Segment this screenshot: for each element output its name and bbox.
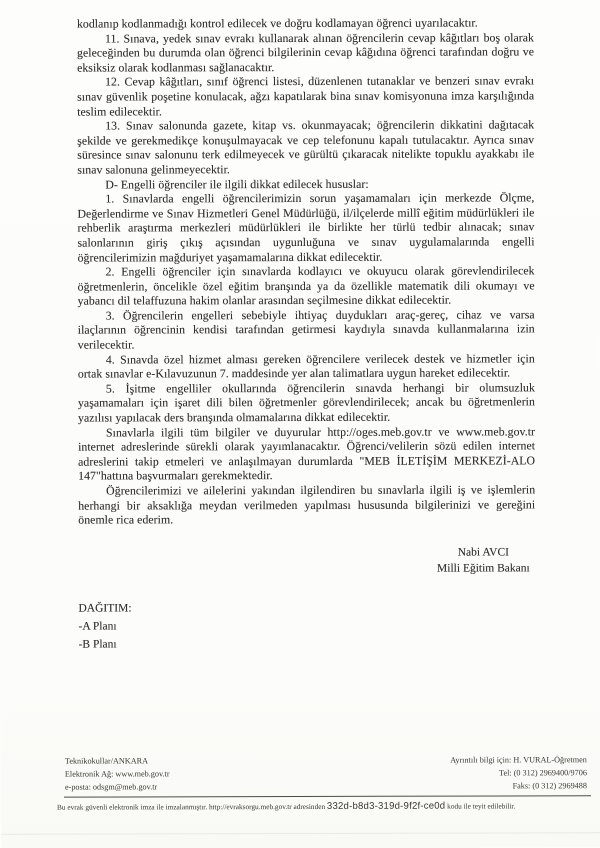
body-paragraph: kodlanıp kodlanmadığı kontrol edilecek v… bbox=[77, 15, 534, 31]
body-paragraph: 3. Öğrencilerin engelleri sebebiyle ihti… bbox=[78, 307, 535, 352]
footer-divider bbox=[64, 795, 591, 797]
body-paragraph: 5. İşitme engelliler okullarında öğrenci… bbox=[78, 380, 535, 425]
signatory-title: Milli Eğitim Bakanı bbox=[408, 561, 558, 577]
footer-phone: Tel: (0 312) 2969400/9706 bbox=[450, 766, 587, 779]
footer-contact-left: Teknikokullar/ANKARA Elektronik Ağ: www.… bbox=[65, 754, 170, 793]
signatory-name: Nabi AVCI bbox=[408, 545, 558, 561]
body-paragraph: 11. Sınava, yedek sınav evrakı kullanara… bbox=[77, 30, 534, 75]
section-d-heading: D- Engelli öğrenciler ile ilgili dikkat … bbox=[77, 176, 534, 192]
footer-contact-person: Ayrıntılı bilgi için: H. VURAL-Öğretmen bbox=[450, 753, 587, 766]
footer-contact-right: Ayrıntılı bilgi için: H. VURAL-Öğretmen … bbox=[450, 753, 587, 792]
scan-edge-artifact bbox=[1, 832, 600, 835]
distribution-block: DAĞITIM: -A Planı -B Planı bbox=[78, 599, 131, 653]
body-paragraph: 12. Cevap kâğıtları, sınıf öğrenci liste… bbox=[77, 74, 534, 119]
footer-email: e-posta: odsgm@meb.gov.tr bbox=[65, 780, 170, 793]
body-paragraph: 1. Sınavlarda engelli öğrencilerimizin s… bbox=[77, 191, 534, 265]
document-body: kodlanıp kodlanmadığı kontrol edilecek v… bbox=[77, 15, 535, 527]
closing-paragraph: Öğrencilerimizi ve ailelerini yakından i… bbox=[78, 482, 535, 527]
letter-footer: Teknikokullar/ANKARA Elektronik Ağ: www.… bbox=[65, 753, 587, 793]
e-signature-verification-line: Bu evrak güvenli elektronik imza ile imz… bbox=[57, 800, 593, 813]
distribution-item: -A Planı bbox=[79, 617, 132, 635]
footer-address: Teknikokullar/ANKARA bbox=[65, 754, 170, 767]
body-paragraph: 13. Sınav salonunda gazete, kitap vs. ok… bbox=[77, 118, 534, 178]
body-paragraph: 2. Engelli öğrenciler için sınavlarda ko… bbox=[78, 263, 535, 308]
verification-code: 332d-b8d3-319d-9f2f-ce0d bbox=[327, 801, 445, 812]
signature-block: Nabi AVCI Milli Eğitim Bakanı bbox=[408, 545, 558, 576]
body-paragraph: 4. Sınavda özel hizmet alması gereken öğ… bbox=[78, 351, 535, 381]
distribution-heading: DAĞITIM: bbox=[78, 599, 131, 617]
distribution-item: -B Planı bbox=[79, 635, 132, 653]
verification-suffix: kodu ile teyit edilebilir. bbox=[445, 801, 515, 810]
footer-fax: Faks: (0 312) 2969488 bbox=[450, 779, 587, 792]
verification-prefix: Bu evrak güvenli elektronik imza ile imz… bbox=[57, 802, 327, 812]
footer-website: Elektronik Ağ: www.meb.gov.tr bbox=[65, 767, 170, 780]
scanned-document-page: kodlanıp kodlanmadığı kontrol edilecek v… bbox=[0, 0, 600, 848]
body-paragraph: Sınavlarla ilgili tüm bilgiler ve duyuru… bbox=[78, 424, 535, 484]
